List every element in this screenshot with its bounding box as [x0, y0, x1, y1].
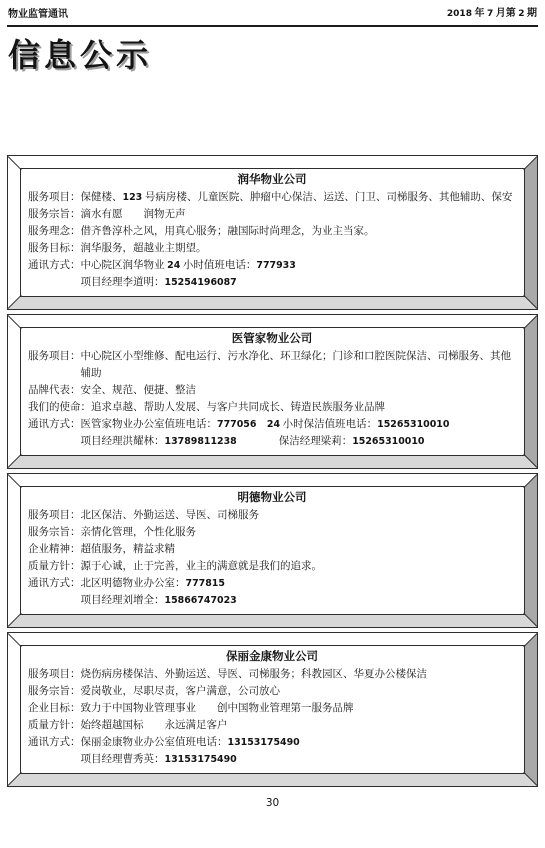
field-value: 中心院区小型维修、配电运行、污水净化、环卫绿化；门诊和口腔医院保洁、司梯服务、其…: [81, 348, 517, 382]
field-label: 服务项目：: [28, 348, 81, 382]
field-row: 质量方针： 源于心诚，止于完善，业主的满意就是我们的追求。: [28, 558, 516, 575]
field-value: 追求卓越、帮助人发展、与客户共同成长、铸造民族服务业品牌: [91, 399, 516, 416]
company-panel-yiguanjia: 医管家物业公司 服务项目： 中心院区小型维修、配电运行、污水净化、环卫绿化；门诊…: [7, 314, 538, 469]
panel-content: 医管家物业公司 服务项目： 中心院区小型维修、配电运行、污水净化、环卫绿化；门诊…: [20, 327, 525, 456]
field-value: 亲情化管理，个性化服务: [81, 524, 517, 541]
company-title: 明德物业公司: [28, 489, 516, 507]
field-row: 服务目标： 润华服务，超越业主期望。: [28, 240, 516, 257]
field-value: 润华服务，超越业主期望。: [81, 240, 517, 257]
field-label: 服务理念：: [28, 223, 81, 240]
field-value: 保健楼、123 号病房楼、儿童医院、肿瘤中心保洁、运送、门卫、司梯服务、其他辅助…: [81, 189, 517, 206]
company-title: 医管家物业公司: [28, 330, 516, 348]
field-label: 服务项目：: [28, 666, 81, 683]
frame-bevel: 医管家物业公司 服务项目： 中心院区小型维修、配电运行、污水净化、环卫绿化；门诊…: [8, 315, 537, 468]
field-label: 企业精神：: [28, 541, 81, 558]
field-label: 我们的使命：: [28, 399, 91, 416]
field-value: 超值服务，精益求精: [81, 541, 517, 558]
field-value: 安全、规范、便捷、整洁: [81, 382, 517, 399]
frame-bevel: 保丽金康物业公司 服务项目： 烧伤病房楼保洁、外勤运送、导医、司梯服务；科教园区…: [8, 633, 537, 786]
company-title: 润华物业公司: [28, 171, 516, 189]
field-row: 品牌代表： 安全、规范、便捷、整洁: [28, 382, 516, 399]
panel-content: 明德物业公司 服务项目： 北区保洁、外勤运送、导医、司梯服务 服务宗旨： 亲情化…: [20, 486, 525, 615]
field-label: 服务宗旨：: [28, 524, 81, 541]
issue-date: 2018 年 7 月第 2 期: [447, 7, 537, 21]
field-row: 服务项目： 烧伤病房楼保洁、外勤运送、导医、司梯服务；科教园区、华夏办公楼保洁: [28, 666, 516, 683]
field-label: 通讯方式：: [28, 416, 81, 450]
field-row: 服务理念： 借齐鲁淳朴之风，用真心服务；融国际时尚理念，为业主当家。: [28, 223, 516, 240]
panel-content: 保丽金康物业公司 服务项目： 烧伤病房楼保洁、外勤运送、导医、司梯服务；科教园区…: [20, 645, 525, 774]
field-value: 北区保洁、外勤运送、导医、司梯服务: [81, 507, 517, 524]
panel-content: 润华物业公司 服务项目： 保健楼、123 号病房楼、儿童医院、肿瘤中心保洁、运送…: [20, 168, 525, 297]
field-row: 服务项目： 北区保洁、外勤运送、导医、司梯服务: [28, 507, 516, 524]
frame-bevel: 明德物业公司 服务项目： 北区保洁、外勤运送、导医、司梯服务 服务宗旨： 亲情化…: [8, 474, 537, 627]
field-label: 服务项目：: [28, 507, 81, 524]
newsletter-name: 物业监管通讯: [8, 8, 68, 21]
field-label: 质量方针：: [28, 717, 81, 734]
field-row: 服务宗旨： 爱岗敬业，尽职尽责，客户满意，公司放心: [28, 683, 516, 700]
field-label: 服务项目：: [28, 189, 81, 206]
frame-bevel: 润华物业公司 服务项目： 保健楼、123 号病房楼、儿童医院、肿瘤中心保洁、运送…: [8, 156, 537, 309]
page-footer: 30: [7, 797, 538, 809]
field-value: 致力于中国物业管理事业 创中国物业管理第一服务品牌: [81, 700, 517, 717]
field-row: 服务项目： 保健楼、123 号病房楼、儿童医院、肿瘤中心保洁、运送、门卫、司梯服…: [28, 189, 516, 206]
field-label: 通讯方式：: [28, 575, 81, 609]
field-value: 始终超越国标 永远满足客户: [81, 717, 517, 734]
field-value: 保丽金康物业办公室值班电话：13153175490 项目经理曹秀英：131531…: [81, 734, 517, 768]
field-row: 质量方针： 始终超越国标 永远满足客户: [28, 717, 516, 734]
field-row: 企业目标： 致力于中国物业管理事业 创中国物业管理第一服务品牌: [28, 700, 516, 717]
field-row: 通讯方式： 中心院区润华物业 24 小时值班电话：777933 项目经理李道明：…: [28, 257, 516, 291]
field-row: 通讯方式： 医管家物业办公室值班电话：777056 24 小时保洁值班电话：15…: [28, 416, 516, 450]
page-header: 物业监管通讯 2018 年 7 月第 2 期: [7, 4, 538, 27]
field-label: 服务宗旨：: [28, 683, 81, 700]
field-label: 品牌代表：: [28, 382, 81, 399]
company-title: 保丽金康物业公司: [28, 648, 516, 666]
field-label: 质量方针：: [28, 558, 81, 575]
company-panel-baolijinkang: 保丽金康物业公司 服务项目： 烧伤病房楼保洁、外勤运送、导医、司梯服务；科教园区…: [7, 632, 538, 787]
field-row: 通讯方式： 北区明德物业办公室：777815 项目经理刘增全：158667470…: [28, 575, 516, 609]
field-value: 烧伤病房楼保洁、外勤运送、导医、司梯服务；科教园区、华夏办公楼保洁: [81, 666, 517, 683]
field-value: 滴水有愿 润物无声: [81, 206, 517, 223]
field-label: 服务目标：: [28, 240, 81, 257]
field-value: 借齐鲁淳朴之风，用真心服务；融国际时尚理念，为业主当家。: [81, 223, 517, 240]
page-title: 信息公示: [8, 35, 538, 75]
field-value: 中心院区润华物业 24 小时值班电话：777933 项目经理李道明：152541…: [81, 257, 517, 291]
field-row: 服务项目： 中心院区小型维修、配电运行、污水净化、环卫绿化；门诊和口腔医院保洁、…: [28, 348, 516, 382]
field-value: 源于心诚，止于完善，业主的满意就是我们的追求。: [81, 558, 517, 575]
field-value: 医管家物业办公室值班电话：777056 24 小时保洁值班电话：15265310…: [81, 416, 517, 450]
field-row: 服务宗旨： 滴水有愿 润物无声: [28, 206, 516, 223]
field-label: 服务宗旨：: [28, 206, 81, 223]
field-label: 通讯方式：: [28, 257, 81, 291]
company-panel-mingde: 明德物业公司 服务项目： 北区保洁、外勤运送、导医、司梯服务 服务宗旨： 亲情化…: [7, 473, 538, 628]
document-page: 物业监管通讯 2018 年 7 月第 2 期 信息公示 润华物业公司 服务项目：…: [0, 0, 545, 848]
field-row: 通讯方式： 保丽金康物业办公室值班电话：13153175490 项目经理曹秀英：…: [28, 734, 516, 768]
field-row: 企业精神： 超值服务，精益求精: [28, 541, 516, 558]
company-panels: 润华物业公司 服务项目： 保健楼、123 号病房楼、儿童医院、肿瘤中心保洁、运送…: [7, 155, 538, 787]
field-row: 我们的使命： 追求卓越、帮助人发展、与客户共同成长、铸造民族服务业品牌: [28, 399, 516, 416]
field-label: 企业目标：: [28, 700, 81, 717]
field-value: 爱岗敬业，尽职尽责，客户满意，公司放心: [81, 683, 517, 700]
company-panel-runhua: 润华物业公司 服务项目： 保健楼、123 号病房楼、儿童医院、肿瘤中心保洁、运送…: [7, 155, 538, 310]
field-row: 服务宗旨： 亲情化管理，个性化服务: [28, 524, 516, 541]
page-number: 30: [266, 797, 279, 809]
field-label: 通讯方式：: [28, 734, 81, 768]
field-value: 北区明德物业办公室：777815 项目经理刘增全：15866747023: [81, 575, 517, 609]
